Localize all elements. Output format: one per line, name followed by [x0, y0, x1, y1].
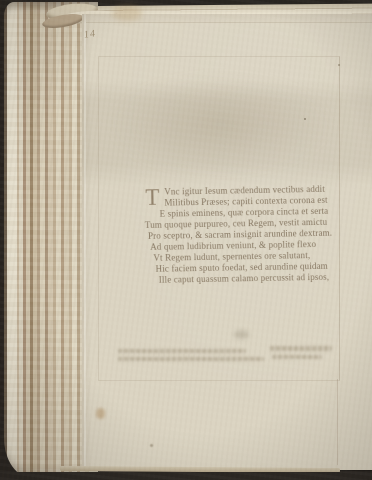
photo-background-bottom [0, 472, 372, 480]
smudge-stain [234, 330, 249, 339]
under-leaf-edge-line [86, 22, 372, 23]
show-through-text-line [272, 355, 322, 359]
handwritten-folio-number: 14 [83, 28, 96, 41]
ink-speck [150, 444, 153, 447]
plate-edge-line [337, 379, 338, 465]
drop-cap-initial: T [145, 188, 160, 208]
foxing-stain [96, 408, 105, 419]
show-through-text-line [118, 349, 246, 353]
ink-speck [338, 64, 340, 66]
ink-speck [304, 118, 306, 120]
letterpress-text-block: T Vnc igitur Iesum cædendum vectibus add… [144, 183, 368, 286]
show-through-ghost [112, 76, 328, 172]
show-through-text-line [118, 357, 264, 361]
foxing-stain [112, 5, 142, 21]
show-through-text-line [270, 346, 332, 351]
book-photograph: 14 T Vnc igitur Iesum cædendum vectibus … [0, 0, 372, 480]
